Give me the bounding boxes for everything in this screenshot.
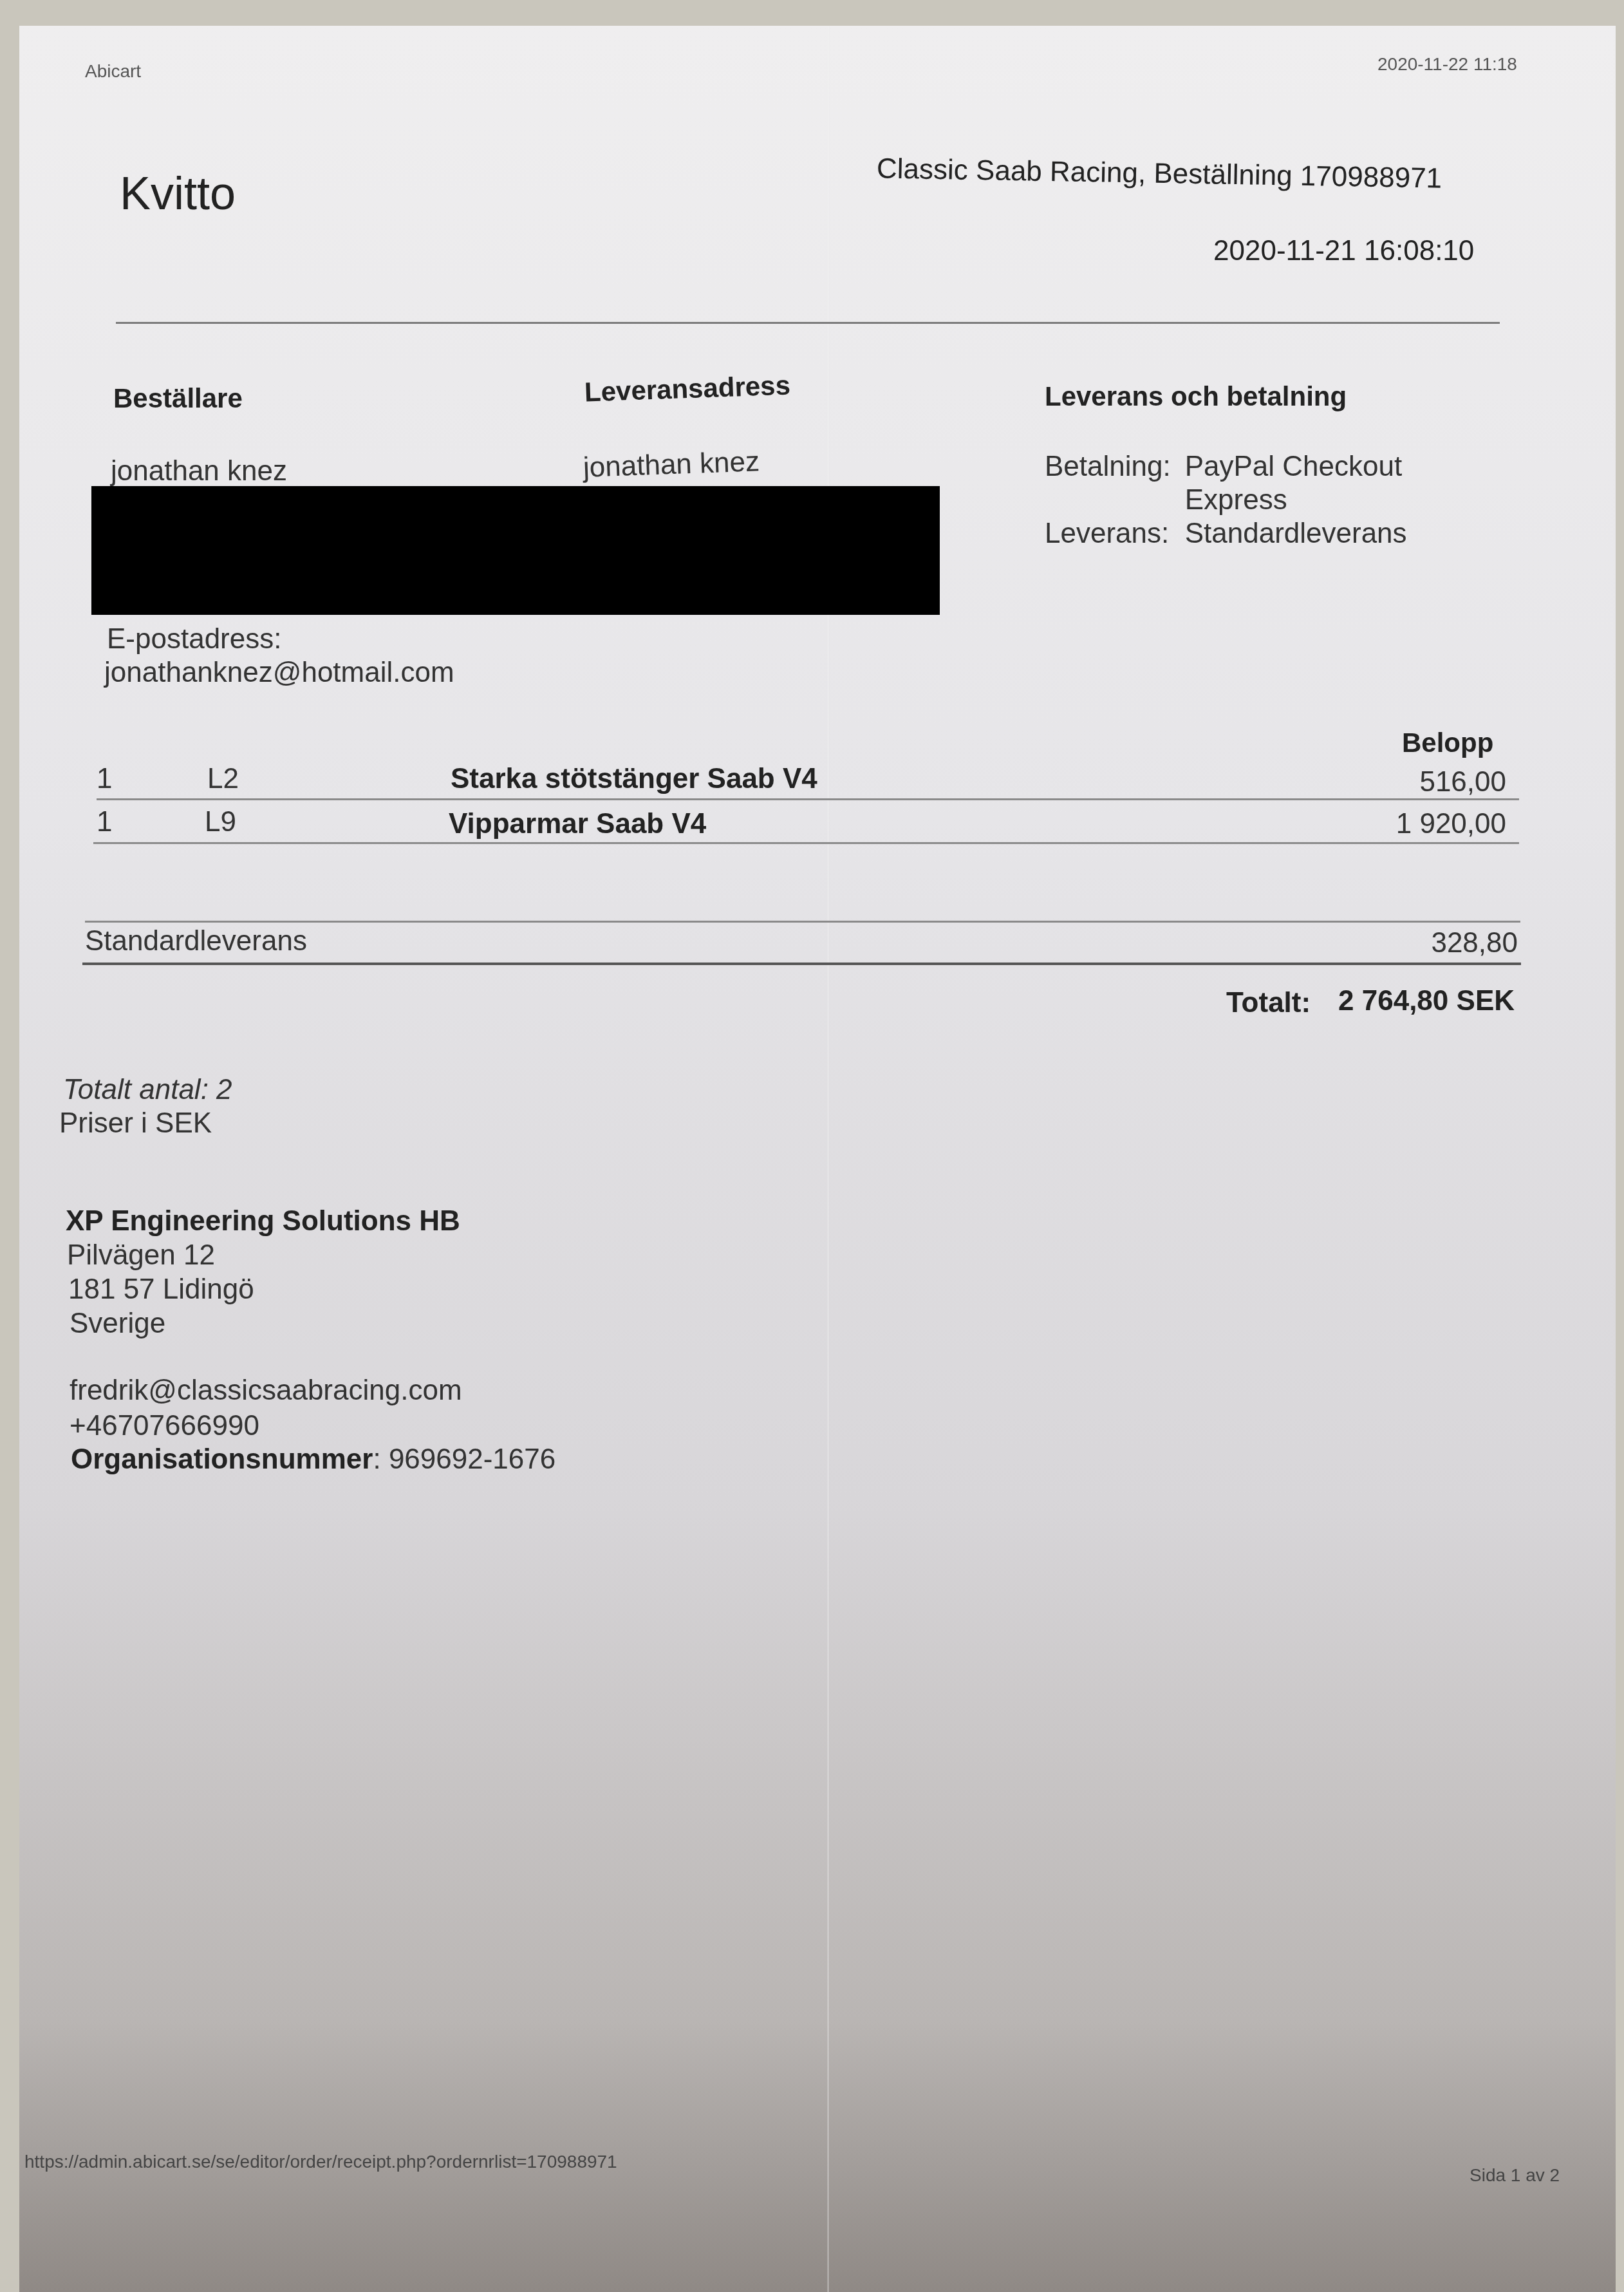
delivery-label: Leverans: (1045, 518, 1171, 550)
payment-label: Betalning: (1045, 451, 1171, 483)
seller-city: 181 57 Lidingö (68, 1273, 254, 1306)
seller-phone: +46707666990 (70, 1410, 259, 1442)
row-divider (93, 842, 1519, 844)
total-value: 2 764,80 SEK (1338, 985, 1515, 1017)
total-label: Totalt: (1226, 987, 1311, 1019)
payment-value-cont: Express (1185, 484, 1407, 516)
app-name: Abicart (85, 61, 141, 82)
item-name: Starka stötstänger Saab V4 (451, 763, 817, 795)
item-amount: 1 920,00 (1396, 808, 1506, 840)
shipping-divider-top (85, 921, 1520, 923)
shipping-divider-bottom (82, 963, 1521, 965)
email-label: E-postadress: (107, 623, 281, 655)
item-qty: 1 (97, 763, 112, 795)
footer-url[interactable]: https://admin.abicart.se/se/editor/order… (24, 2152, 617, 2172)
seller-country: Sverige (70, 1308, 165, 1340)
receipt-paper (19, 26, 1616, 2292)
total-count: Totalt antal: 2 (63, 1074, 232, 1106)
order-datetime: 2020-11-21 16:08:10 (1213, 235, 1474, 267)
amount-column-header: Belopp (1402, 728, 1493, 758)
seller-org: Organisationsnummer: 969692-1676 (71, 1443, 555, 1476)
item-qty: 1 (97, 806, 112, 838)
page-number: Sida 1 av 2 (1470, 2165, 1560, 2186)
row-divider (97, 798, 1519, 800)
customer-name: jonathan knez (111, 455, 287, 487)
redaction-block (91, 486, 940, 615)
customer-email: jonathanknez@hotmail.com (104, 657, 454, 689)
seller-company: XP Engineering Solutions HB (66, 1205, 460, 1237)
delivery-payment-heading: Leverans och betalning (1045, 381, 1347, 412)
shipping-amount: 328,80 (1431, 927, 1518, 959)
currency-note: Priser i SEK (59, 1107, 212, 1140)
seller-street: Pilvägen 12 (67, 1239, 215, 1272)
seller-email[interactable]: fredrik@classicsaabracing.com (70, 1375, 462, 1407)
customer-heading: Beställare (113, 383, 243, 414)
payment-value: PayPal Checkout (1185, 451, 1407, 483)
item-sku: L2 (207, 763, 239, 795)
org-number: : 969692-1676 (373, 1443, 555, 1475)
item-name: Vipparmar Saab V4 (449, 808, 706, 840)
shipping-label: Standardleverans (85, 925, 307, 957)
header-divider (116, 322, 1500, 324)
org-number-label: Organisationsnummer (71, 1443, 373, 1475)
paper-fold (827, 26, 829, 2292)
item-sku: L9 (205, 806, 236, 838)
delivery-address-name: jonathan knez (583, 446, 760, 484)
delivery-payment-details: Betalning: PayPal Checkout Express Lever… (1045, 451, 1407, 550)
item-amount: 516,00 (1419, 766, 1506, 798)
delivery-value: Standardleverans (1185, 518, 1407, 550)
print-timestamp: 2020-11-22 11:18 (1377, 54, 1517, 75)
page-title: Kvitto (120, 167, 236, 220)
